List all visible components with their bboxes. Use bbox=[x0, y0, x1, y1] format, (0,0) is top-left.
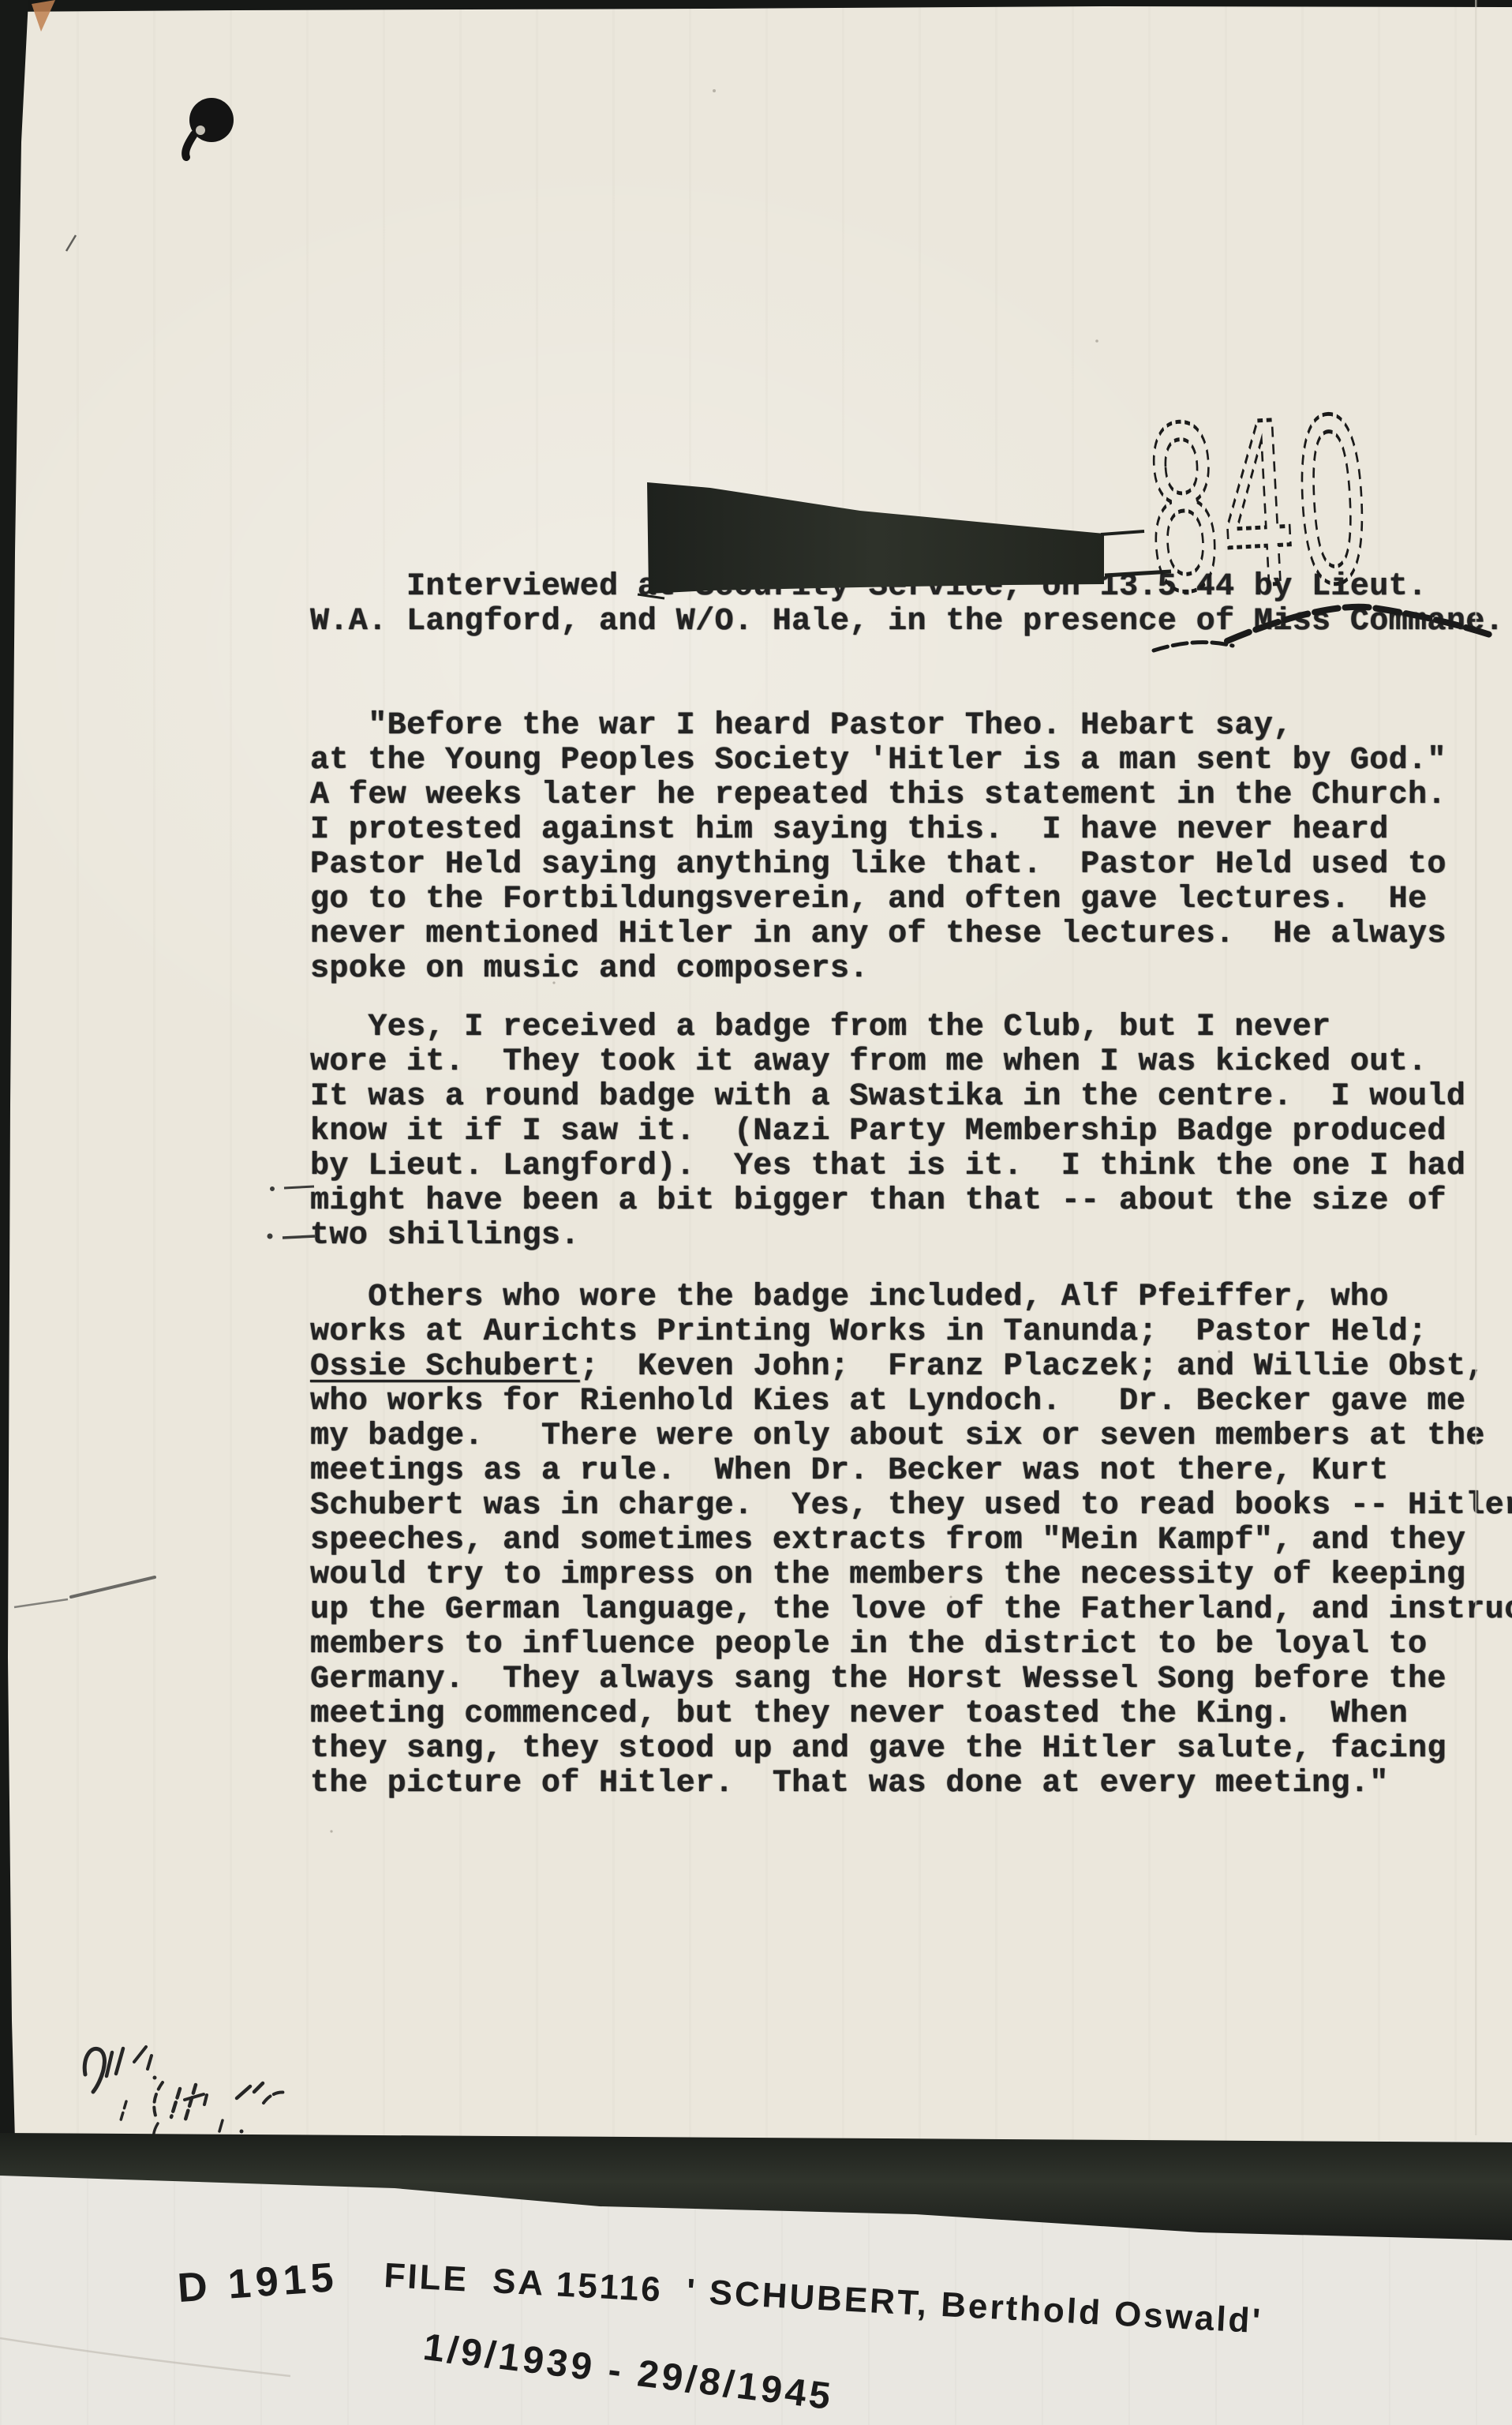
typed-line: go to the Fortbildungsverein, and often … bbox=[310, 883, 1512, 917]
typed-line: the picture of Hitler. That was done at … bbox=[310, 1767, 1512, 1801]
typed-line: Pastor Held saying anything like that. P… bbox=[310, 848, 1512, 883]
typed-line: spoke on music and composers. bbox=[310, 952, 1512, 987]
typed-line: never mentioned Hitler in any of these l… bbox=[310, 917, 1512, 952]
typed-line: up the German language, the love of the … bbox=[310, 1593, 1512, 1628]
typed-line: "Before the war I heard Pastor Theo. Heb… bbox=[310, 709, 1512, 744]
typed-line: at the Young Peoples Society 'Hitler is … bbox=[310, 744, 1512, 778]
typed-line: Yes, I received a badge from the Club, b… bbox=[310, 1010, 1512, 1045]
typed-text: Interviewed at Security Service, on 13.5… bbox=[310, 570, 1512, 1801]
typed-line: wore it. They took it away from me when … bbox=[310, 1045, 1512, 1080]
typed-line: might have been a bit bigger than that -… bbox=[310, 1184, 1512, 1219]
underlined-name: Ossie Schubert bbox=[310, 1349, 580, 1385]
typed-line: speeches, and sometimes extracts from "M… bbox=[310, 1524, 1512, 1558]
typed-line: my badge. There were only about six or s… bbox=[310, 1419, 1512, 1454]
typed-line: A few weeks later he repeated this state… bbox=[310, 778, 1512, 813]
typed-line: I protested against him saying this. I h… bbox=[310, 813, 1512, 848]
typed-line: they sang, they stood up and gave the Hi… bbox=[310, 1732, 1512, 1767]
typed-line: W.A. Langford, and W/O. Hale, in the pre… bbox=[310, 605, 1512, 639]
typed-line: Ossie Schubert; Keven John; Franz Placze… bbox=[310, 1350, 1512, 1385]
typed-line: works at Aurichts Printing Works in Tanu… bbox=[310, 1315, 1512, 1350]
typed-line: two shillings. bbox=[310, 1219, 1512, 1254]
typed-line: would try to impress on the members the … bbox=[310, 1558, 1512, 1593]
typed-line: Interviewed at Security Service, on 13.5… bbox=[310, 570, 1512, 605]
typed-line: Germany. They always sang the Horst Wess… bbox=[310, 1662, 1512, 1697]
typed-line: by Lieut. Langford). Yes that is it. I t… bbox=[310, 1149, 1512, 1184]
typed-line: Others who wore the badge included, Alf … bbox=[310, 1280, 1512, 1315]
typed-line: meeting commenced, but they never toaste… bbox=[310, 1697, 1512, 1732]
typed-line: Schubert was in charge. Yes, they used t… bbox=[310, 1489, 1512, 1524]
document-page: Interviewed at Security Service, on 13.5… bbox=[0, 0, 1512, 2425]
typed-line: meetings as a rule. When Dr. Becker was … bbox=[310, 1454, 1512, 1489]
typed-line: who works for Rienhold Kies at Lyndoch. … bbox=[310, 1385, 1512, 1419]
typed-line: It was a round badge with a Swastika in … bbox=[310, 1080, 1512, 1115]
typed-line: know it if I saw it. (Nazi Party Members… bbox=[310, 1115, 1512, 1149]
typed-line: members to influence people in the distr… bbox=[310, 1628, 1512, 1662]
